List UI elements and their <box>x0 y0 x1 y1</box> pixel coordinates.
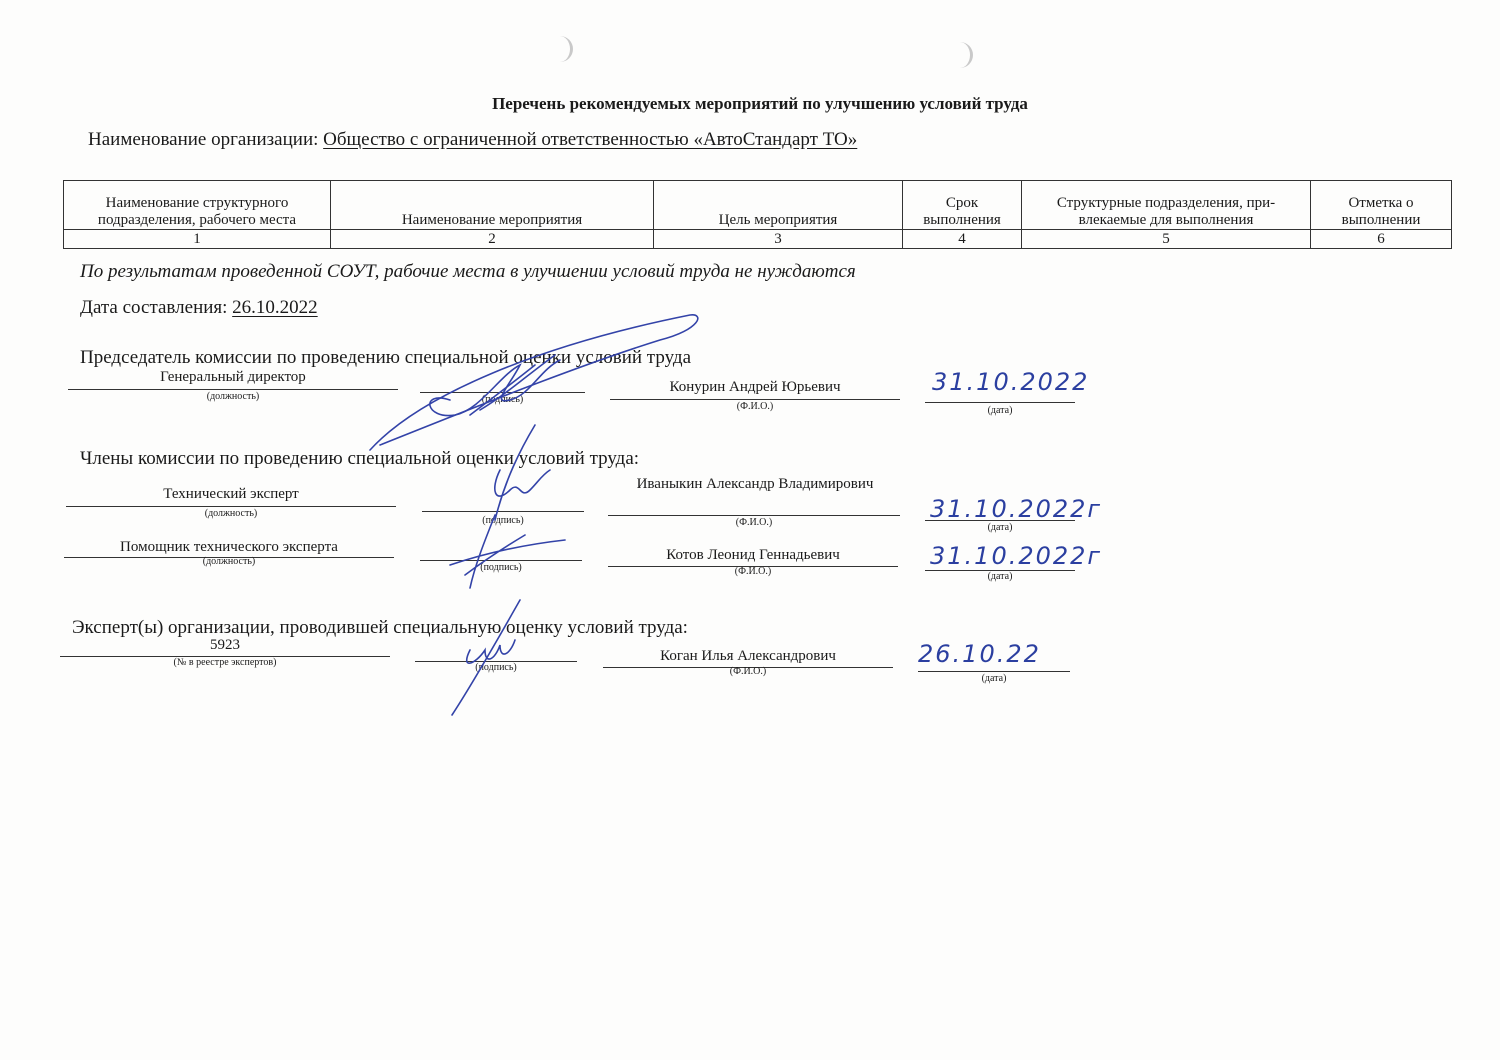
chairman-position-line <box>68 389 398 390</box>
member-position-line <box>66 506 396 507</box>
member-handwritten-date: 31.10.2022г <box>930 542 1102 570</box>
chairman-handwritten-date: 31.10.2022 <box>932 368 1089 396</box>
column-number: 3 <box>654 230 903 249</box>
column-header: Срок выполнения <box>903 181 1022 230</box>
measures-table: Наименование структурного подразделения,… <box>63 180 1452 249</box>
chairman-position: Генеральный директор <box>68 368 398 387</box>
member-position: Технический эксперт <box>66 485 396 504</box>
table-number-row: 1 2 3 4 5 6 <box>64 230 1452 249</box>
expert-signature-icon <box>440 595 530 720</box>
binder-hole-left <box>556 36 573 62</box>
caption-position: (должность) <box>64 556 394 567</box>
expert-name: Коган Илья Александрович <box>603 647 893 666</box>
column-number: 5 <box>1022 230 1311 249</box>
column-number: 2 <box>331 230 654 249</box>
member-name-line <box>608 515 900 516</box>
member-date-line <box>925 520 1075 521</box>
caption-position: (должность) <box>68 391 398 402</box>
member-position: Помощник технического эксперта <box>64 538 394 557</box>
expert-registry-number: 5923 <box>60 636 390 655</box>
column-header: Отметка о выполнении <box>1311 181 1452 230</box>
column-header: Структурные подразделения, при-влекаемые… <box>1022 181 1311 230</box>
document-title: Перечень рекомендуемых мероприятий по ул… <box>0 94 1500 114</box>
chairman-date-line <box>925 402 1075 403</box>
column-number: 1 <box>64 230 331 249</box>
result-note: По результатам проведенной СОУТ, рабочие… <box>80 261 856 283</box>
compile-date-line: Дата составления: 26.10.2022 <box>80 297 318 319</box>
caption-date: (дата) <box>918 673 1070 684</box>
column-header: Наименование структурного подразделения,… <box>64 181 331 230</box>
compile-date-label: Дата составления: <box>80 297 227 318</box>
caption-full-name: (Ф.И.О.) <box>603 666 893 677</box>
organization-line: Наименование организации: Общество с огр… <box>88 129 857 151</box>
caption-date: (дата) <box>925 571 1075 582</box>
member-name: Котов Леонид Геннадьевич <box>608 546 898 565</box>
expert-date-line <box>918 671 1070 672</box>
organization-label: Наименование организации: <box>88 129 318 150</box>
caption-date: (дата) <box>925 405 1075 416</box>
caption-full-name: (Ф.И.О.) <box>608 566 898 577</box>
column-number: 6 <box>1311 230 1452 249</box>
binder-hole-right <box>956 42 973 68</box>
compile-date-value: 26.10.2022 <box>232 297 318 318</box>
table-header-row: Наименование структурного подразделения,… <box>64 181 1452 230</box>
column-number: 4 <box>903 230 1022 249</box>
member-name: Иваныкин Александр Владимирович <box>610 475 900 494</box>
member-handwritten-date: 31.10.2022г <box>930 495 1102 523</box>
caption-registry: (№ в реестре экспертов) <box>60 657 390 668</box>
column-header: Наименование мероприятия <box>331 181 654 230</box>
member-signature-icon <box>440 510 570 590</box>
caption-position: (должность) <box>66 508 396 519</box>
caption-full-name: (Ф.И.О.) <box>608 517 900 528</box>
column-header: Цель мероприятия <box>654 181 903 230</box>
expert-handwritten-date: 26.10.22 <box>918 640 1041 668</box>
organization-name: Общество с ограниченной ответственностью… <box>323 129 857 150</box>
caption-date: (дата) <box>925 522 1075 533</box>
